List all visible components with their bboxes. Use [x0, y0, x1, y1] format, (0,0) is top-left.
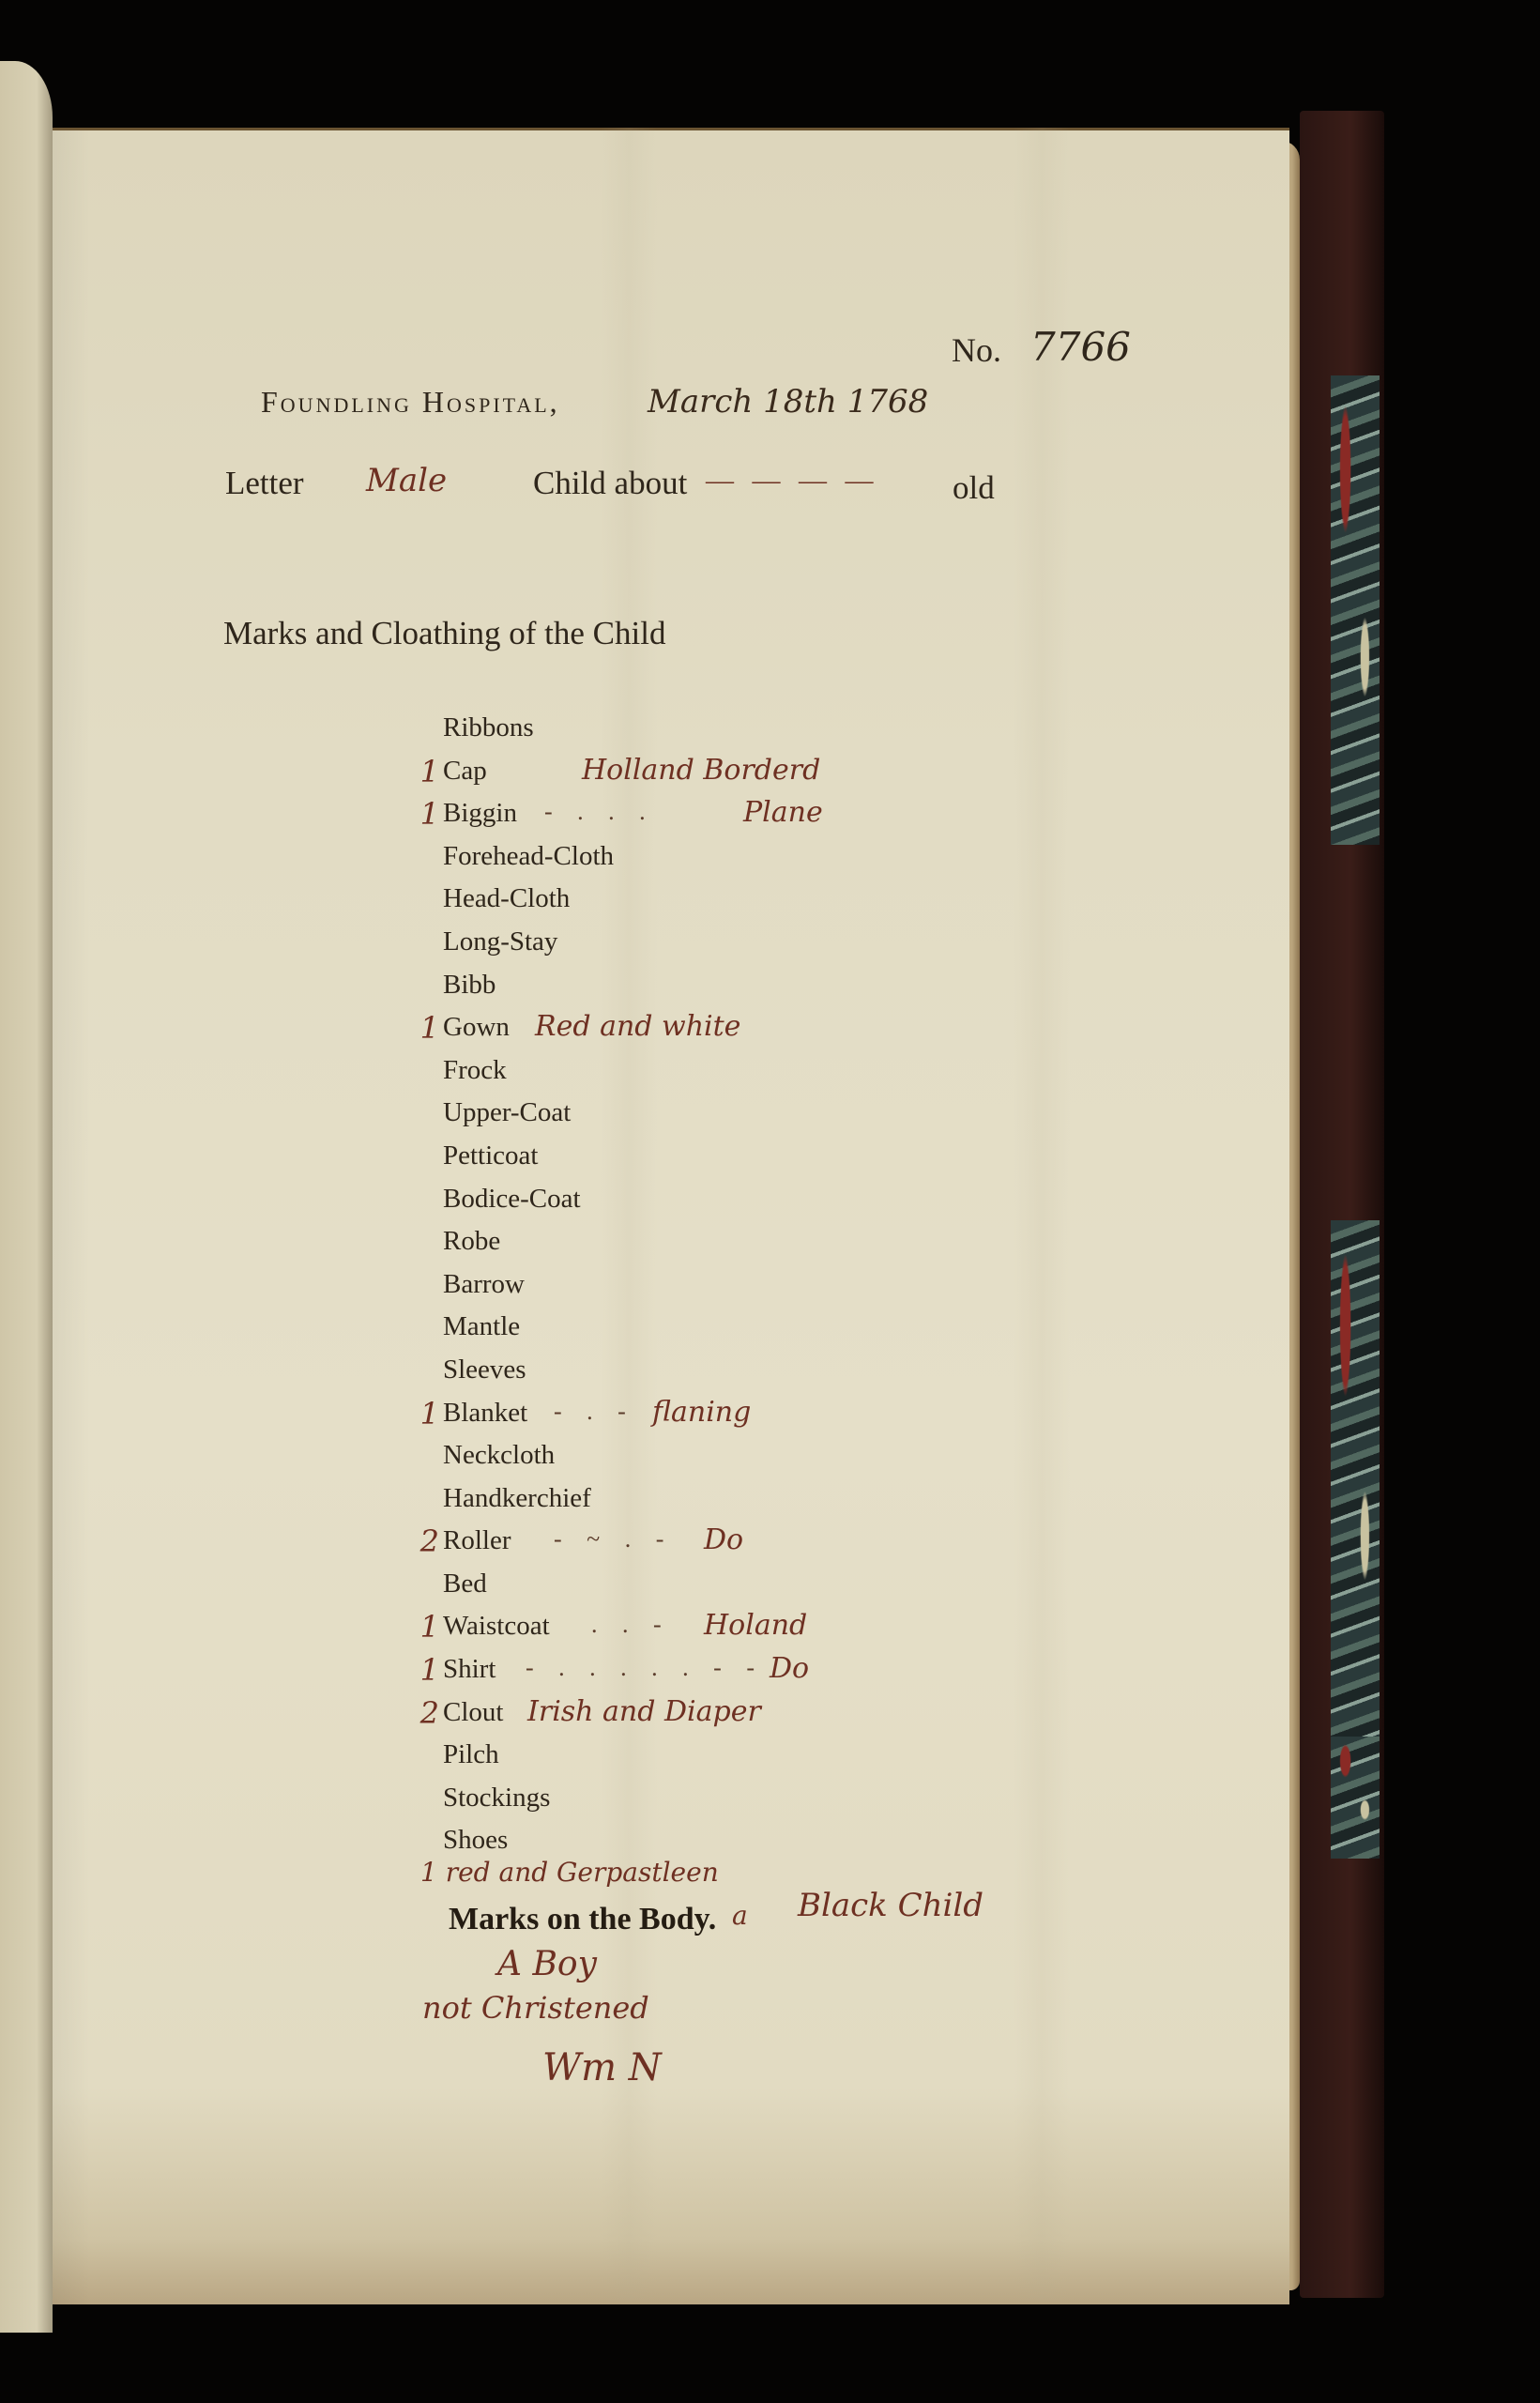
- item-name: Bodice-Coat: [443, 1184, 581, 1215]
- item-name: Frock: [443, 1055, 507, 1086]
- list-item: Petticoat: [394, 1139, 1239, 1182]
- list-item: Mantle: [394, 1309, 1239, 1353]
- item-description: Red and white: [535, 1010, 740, 1043]
- child-about-label: Child about: [533, 465, 687, 502]
- letter-label: Letter: [225, 465, 304, 502]
- list-item: 1Biggin- . . .Plane: [394, 796, 1239, 839]
- list-item: Bed: [394, 1567, 1239, 1610]
- item-description: Do: [770, 1652, 809, 1685]
- list-item: 2CloutIrish and Diaper: [394, 1695, 1239, 1738]
- marbled-endpaper: [1331, 1737, 1380, 1859]
- list-item: Pilch: [394, 1737, 1239, 1781]
- item-name: Roller: [443, 1525, 511, 1556]
- item-quantity: 1: [394, 754, 439, 789]
- number-label: No.: [952, 330, 1001, 370]
- list-item: 1Shirt- . . . . . - -Do: [394, 1652, 1239, 1695]
- marks-on-body-prefix: a: [732, 1900, 748, 1931]
- item-name: Mantle: [443, 1311, 520, 1342]
- list-item: Long-Stay: [394, 925, 1239, 968]
- marks-on-body-label: Marks on the Body.: [449, 1902, 716, 1937]
- clothing-list: Ribbons1CapHolland Borderd1Biggin- . . .…: [394, 711, 1239, 1866]
- marbled-endpaper: [1331, 1220, 1380, 1746]
- item-quantity: 1: [394, 1609, 439, 1645]
- marks-on-body-value: Black Child: [798, 1887, 983, 1924]
- item-quantity: 1: [394, 1010, 439, 1046]
- item-description: flaning: [652, 1396, 751, 1429]
- list-item: 1Blanket- . -flaning: [394, 1396, 1239, 1439]
- list-item: Barrow: [394, 1267, 1239, 1310]
- list-item: Sleeves: [394, 1353, 1239, 1396]
- item-name: Sleeves: [443, 1355, 526, 1385]
- item-quantity: 2: [394, 1523, 439, 1559]
- item-description: Plane: [743, 796, 823, 829]
- list-item: Handkerchief: [394, 1481, 1239, 1524]
- item-name: Ribbons: [443, 712, 534, 743]
- list-item: Ribbons: [394, 711, 1239, 754]
- institution-title: Foundling Hospital,: [261, 385, 560, 420]
- item-description: Irish and Diaper: [527, 1695, 761, 1728]
- item-name: Head-Cloth: [443, 883, 570, 914]
- item-name: Waistcoat: [443, 1611, 550, 1642]
- list-item: Neckcloth: [394, 1438, 1239, 1481]
- list-item: Frock: [394, 1053, 1239, 1096]
- leader-dots: - . -: [554, 1398, 635, 1426]
- list-item: 2Roller- ~ . -Do: [394, 1523, 1239, 1567]
- item-name: Biggin: [443, 798, 517, 829]
- extra-note: 1 red and Gerpastleen: [420, 1857, 719, 1888]
- marbled-endpaper: [1331, 375, 1380, 845]
- item-quantity: 1: [394, 796, 439, 832]
- old-label: old: [953, 469, 995, 507]
- item-name: Stockings: [443, 1783, 550, 1814]
- item-quantity: 2: [394, 1695, 439, 1731]
- item-name: Blanket: [443, 1398, 527, 1429]
- item-name: Long-Stay: [443, 926, 557, 957]
- item-name: Petticoat: [443, 1140, 538, 1171]
- item-name: Cap: [443, 756, 487, 787]
- leader-dots: - . . .: [544, 798, 655, 826]
- initials: Wm N: [542, 2046, 662, 2089]
- item-quantity: 1: [394, 1396, 439, 1431]
- list-item: Head-Cloth: [394, 881, 1239, 925]
- child-age-value: — — — —: [706, 465, 879, 497]
- item-description: Holand: [704, 1609, 807, 1642]
- item-name: Handkerchief: [443, 1483, 591, 1514]
- item-name: Shoes: [443, 1825, 508, 1856]
- item-name: Bibb: [443, 970, 496, 1001]
- item-name: Shirt: [443, 1654, 496, 1685]
- list-item: Bodice-Coat: [394, 1182, 1239, 1225]
- list-item: 1CapHolland Borderd: [394, 754, 1239, 797]
- item-name: Forehead-Cloth: [443, 841, 614, 872]
- item-name: Gown: [443, 1012, 510, 1043]
- list-item: Upper-Coat: [394, 1095, 1239, 1139]
- list-item: 1GownRed and white: [394, 1010, 1239, 1053]
- section-title: Marks and Cloathing of the Child: [223, 615, 665, 652]
- christening-note: not Christened: [422, 1990, 649, 2026]
- leader-dots: - ~ . -: [554, 1525, 673, 1554]
- item-description: Do: [704, 1523, 743, 1556]
- leader-dots: - . . . . . - -: [526, 1654, 764, 1682]
- leader-dots: . . -: [591, 1611, 671, 1639]
- item-name: Upper-Coat: [443, 1097, 571, 1128]
- item-name: Pilch: [443, 1739, 499, 1770]
- item-name: Bed: [443, 1569, 487, 1599]
- item-name: Robe: [443, 1226, 500, 1257]
- item-name: Clout: [443, 1697, 503, 1728]
- list-item: Forehead-Cloth: [394, 839, 1239, 882]
- item-name: Neckcloth: [443, 1440, 555, 1471]
- list-item: 1Waistcoat. . -Holand: [394, 1609, 1239, 1652]
- letter-value: Male: [366, 462, 447, 499]
- facing-page-edge: [0, 61, 53, 2333]
- sex-note: A Boy: [497, 1945, 597, 1983]
- item-quantity: 1: [394, 1652, 439, 1688]
- item-name: Barrow: [443, 1269, 525, 1300]
- document-number: 7766: [1030, 324, 1131, 370]
- item-description: Holland Borderd: [582, 754, 820, 787]
- admission-date: March 18th 1768: [648, 383, 928, 421]
- list-item: Bibb: [394, 968, 1239, 1011]
- list-item: Robe: [394, 1224, 1239, 1267]
- list-item: Stockings: [394, 1781, 1239, 1824]
